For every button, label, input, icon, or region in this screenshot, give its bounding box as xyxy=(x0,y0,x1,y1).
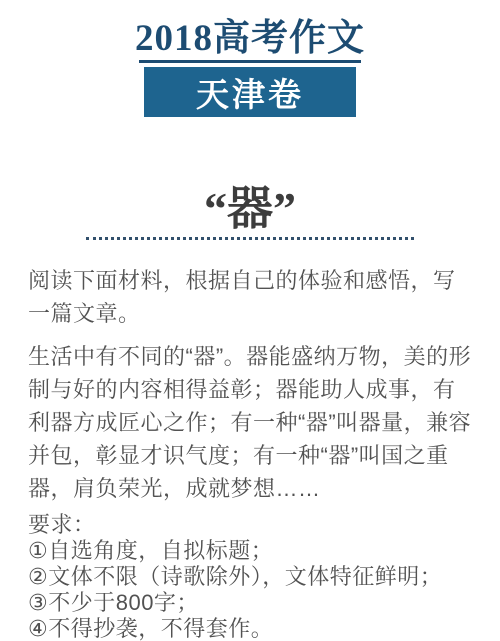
requirements-list: 要求： ①自选角度，自拟标题； ②文体不限（诗歌除外），文体特征鲜明； ③不少于… xyxy=(28,512,472,641)
header-underline xyxy=(139,60,361,63)
header: 2018高考作文 天津卷 xyxy=(0,0,500,117)
paper-name-box: 天津卷 xyxy=(144,67,356,117)
dotted-divider xyxy=(86,237,414,240)
requirements-heading: 要求： xyxy=(28,512,472,538)
requirement-item-4: ④不得抄袭，不得套作。 xyxy=(28,616,472,641)
essay-topic-title: “器” xyxy=(0,185,500,233)
requirement-item-3: ③不少于800字； xyxy=(28,590,472,616)
paper-name-label: 天津卷 xyxy=(196,69,304,116)
essay-prompt-page: 2018高考作文 天津卷 “器” 阅读下面材料，根据自己的体验和感悟，写一篇文章… xyxy=(0,0,500,641)
exam-year-title: 2018高考作文 xyxy=(135,20,365,58)
intro-paragraph: 阅读下面材料，根据自己的体验和感悟，写一篇文章。 xyxy=(28,264,472,330)
requirement-item-1: ①自选角度，自拟标题； xyxy=(28,538,472,564)
requirement-item-2: ②文体不限（诗歌除外），文体特征鲜明； xyxy=(28,564,472,590)
prompt-content: 阅读下面材料，根据自己的体验和感悟，写一篇文章。 生活中有不同的“器”。器能盛纳… xyxy=(0,264,500,641)
material-paragraph: 生活中有不同的“器”。器能盛纳万物，美的形制与好的内容相得益彰；器能助人成事，有… xyxy=(28,340,472,505)
